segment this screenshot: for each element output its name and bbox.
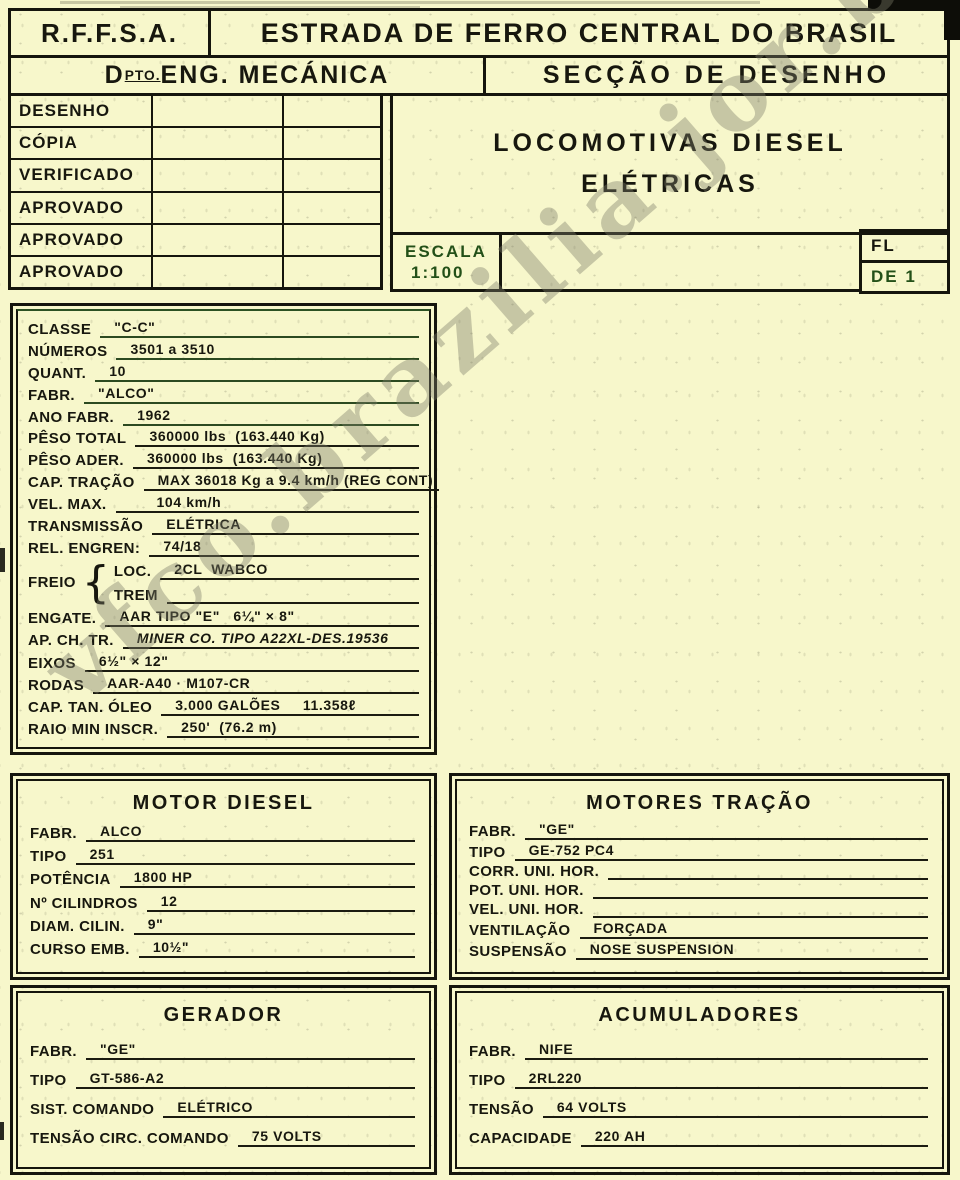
spec-label: VEL. UNI. HOR. (469, 901, 584, 918)
spec-underline: NOSE SUSPENSION (576, 941, 928, 960)
table-row: DESENHO (11, 96, 380, 128)
spec-value: AAR TIPO "E" 6¼" × 8" (105, 608, 300, 625)
spec-row: TENSÃO CIRC. COMANDO75 VOLTS (30, 1128, 415, 1147)
approval-label: APROVADO (11, 257, 153, 287)
spec-row: PÊSO TOTAL360000 lbs (163.440 Kg) (28, 428, 419, 447)
spec-underline: AAR TIPO "E" 6¼" × 8" (105, 608, 419, 627)
spec-label: REL. ENGREN: (28, 540, 140, 557)
spec-row: CAPACIDADE220 AH (469, 1128, 928, 1147)
spec-underline: "ALCO" (84, 385, 419, 404)
spec-underline: 360000 lbs (163.440 Kg) (135, 428, 419, 447)
spec-row: TIPOGT-586-A2 (30, 1070, 415, 1089)
scale-label: ESCALA (405, 241, 499, 262)
spec-underline: 75 VOLTS (238, 1128, 415, 1147)
spec-label: VENTILAÇÃO (469, 922, 571, 939)
spec-underline: 250' (76.2 m) (167, 719, 419, 738)
spec-value (593, 896, 613, 897)
scale-box: ESCALA 1:100 (390, 232, 502, 292)
spec-label: LOC. (114, 563, 151, 580)
approval-name-cell (153, 128, 284, 158)
spec-underline: ALCO (86, 823, 415, 842)
spec-label: EIXOS (28, 655, 76, 672)
spec-value: 74/18 (149, 538, 207, 555)
spec-label: RODAS (28, 677, 84, 694)
spec-row: CORR. UNI. HOR. (469, 863, 928, 880)
dept-rest: ENG. MECÁNICA (161, 61, 390, 90)
spec-row: VENTILAÇÃOFORÇADA (469, 920, 928, 939)
spec-value: "ALCO" (84, 385, 161, 402)
spec-row: EIXOS6½" × 12" (28, 653, 419, 672)
spec-value: 1962 (123, 407, 177, 424)
spec-row: VEL. UNI. HOR. (469, 901, 928, 918)
spec-underline: 3.000 GALÕES 11.358ℓ (161, 697, 419, 716)
spec-label: PÊSO TOTAL (28, 430, 126, 447)
spec-underline: 10 (95, 363, 419, 382)
spec-label: POTÊNCIA (30, 871, 111, 888)
spec-label: CORR. UNI. HOR. (469, 863, 599, 880)
spec-row: CLASSE"C-C" (28, 319, 419, 338)
locomotive-spec-block: CLASSE"C-C" NÚMEROS3501 a 3510 QUANT.10 … (10, 303, 437, 755)
spec-label: TENSÃO CIRC. COMANDO (30, 1130, 229, 1147)
spec-label: TIPO (469, 1072, 506, 1089)
spec-value: 75 VOLTS (238, 1128, 328, 1145)
spec-label: ANO FABR. (28, 409, 114, 426)
spec-group-1: CLASSE"C-C" NÚMEROS3501 a 3510 QUANT.10 … (28, 319, 419, 557)
header-row-1: R.F.F.S.A. ESTRADA DE FERRO CENTRAL DO B… (8, 8, 950, 58)
spec-value: NOSE SUSPENSION (576, 941, 740, 958)
spec-value: 10 (95, 363, 132, 380)
spec-label: TREM (114, 587, 158, 604)
spec-underline: 2RL220 (515, 1070, 928, 1089)
spec-row: FABR."GE" (30, 1041, 415, 1060)
org-abbrev: R.F.F.S.A. (11, 11, 211, 55)
spec-value: GT-586-A2 (76, 1070, 171, 1087)
spec-row: Nº CILINDROS12 (30, 893, 415, 912)
spec-underline: MINER CO. TIPO A22XL-DES.19536 (123, 630, 419, 649)
spec-underline: "GE" (86, 1041, 415, 1060)
block-rows: FABR.NIFE TIPO2RL220 TENSÃO64 VOLTS CAPA… (457, 1027, 942, 1167)
approval-date-cell (284, 257, 380, 287)
block-title: GERADOR (18, 1004, 429, 1027)
spec-row: CAP. TAN. ÓLEO3.000 GALÕES 11.358ℓ (28, 697, 419, 716)
spec-underline: ELÉTRICA (152, 516, 419, 535)
spec-value: 250' (76.2 m) (167, 719, 283, 736)
spec-label: VEL. MAX. (28, 496, 107, 513)
spec-group-2: ENGATE.AAR TIPO "E" 6¼" × 8" AP. CH. TR.… (28, 608, 419, 738)
spec-value: MINER CO. TIPO A22XL-DES.19536 (123, 630, 395, 647)
spec-row: AP. CH. TR.MINER CO. TIPO A22XL-DES.1953… (28, 630, 419, 649)
spec-row: TIPOGE-752 PC4 (469, 842, 928, 861)
spec-underline: 6½" × 12" (85, 653, 419, 672)
approval-name-cell (153, 96, 284, 126)
spec-underline: AAR-A40 · M107-CR (93, 675, 419, 694)
sheet-number-box: FL DE 1 (859, 229, 950, 294)
generator-block: GERADOR FABR."GE" TIPOGT-586-A2 SIST. CO… (10, 985, 437, 1175)
spec-label: TRANSMISSÃO (28, 518, 143, 535)
spec-value: GE-752 PC4 (515, 842, 620, 859)
spec-value: 360000 lbs (163.440 Kg) (133, 450, 329, 467)
table-row: APROVADO (11, 225, 380, 257)
spec-value: 2RL220 (515, 1070, 588, 1087)
spec-value: 3501 a 3510 (116, 341, 220, 358)
approval-label: CÓPIA (11, 128, 153, 158)
spec-value: 251 (76, 846, 121, 863)
spec-row: SIST. COMANDOELÉTRICO (30, 1099, 415, 1118)
spec-label: SUSPENSÃO (469, 943, 567, 960)
drawing-title-line1: LOCOMOTIVAS DIESEL (493, 129, 847, 158)
spec-row: NÚMEROS3501 a 3510 (28, 341, 419, 360)
department-label: DPTO. ENG. MECÁNICA (11, 58, 486, 93)
spec-value: 1800 HP (120, 869, 199, 886)
spec-label: FABR. (30, 825, 77, 842)
spec-label: CAPACIDADE (469, 1130, 572, 1147)
block-rows: FABR.ALCO TIPO251 POTÊNCIA1800 HP Nº CIL… (18, 815, 429, 972)
spec-label: FABR. (469, 1043, 516, 1060)
spec-value (167, 601, 187, 602)
spec-label: FREIO (28, 559, 76, 607)
spec-label: PÊSO ADER. (28, 452, 124, 469)
spec-label: TENSÃO (469, 1101, 534, 1118)
spec-row: SUSPENSÃONOSE SUSPENSION (469, 941, 928, 960)
approval-label: VERIFICADO (11, 160, 153, 190)
spec-row: RODASAAR-A40 · M107-CR (28, 675, 419, 694)
brace-glyph: { (82, 559, 110, 607)
scan-artifact-left-edge (0, 548, 5, 572)
spec-row: POTÊNCIA1800 HP (30, 869, 415, 888)
spec-value: "C-C" (100, 319, 161, 336)
spec-row: ANO FABR.1962 (28, 407, 419, 426)
spec-row: QUANT.10 (28, 363, 419, 382)
spec-label: SIST. COMANDO (30, 1101, 154, 1118)
spec-row: TIPO251 (30, 846, 415, 865)
spec-label: CURSO EMB. (30, 941, 130, 958)
block-rows: FABR."GE" TIPOGT-586-A2 SIST. COMANDOELÉ… (18, 1027, 429, 1167)
spec-underline: 10½" (139, 939, 415, 958)
approval-name-cell (153, 225, 284, 255)
header-row-2: DPTO. ENG. MECÁNICA SECÇÃO DE DESENHO (8, 55, 950, 96)
spec-row: POT. UNI. HOR. (469, 882, 928, 899)
spec-label: FABR. (469, 823, 516, 840)
spec-label: RAIO MIN INSCR. (28, 721, 158, 738)
spec-value: AAR-A40 · M107-CR (93, 675, 256, 692)
spec-value: 2CL WABCO (160, 561, 274, 578)
spec-label: CAP. TRAÇÃO (28, 474, 135, 491)
spec-label: DIAM. CILIN. (30, 918, 125, 935)
block-inner-frame: ACUMULADORES FABR.NIFE TIPO2RL220 TENSÃO… (455, 991, 944, 1169)
spec-underline (593, 896, 928, 899)
spec-value: ELÉTRICA (152, 516, 247, 533)
dept-superscript: PTO. (125, 68, 161, 83)
approval-date-cell (284, 225, 380, 255)
scan-smudge (60, 1, 760, 4)
spec-label: TIPO (30, 1072, 67, 1089)
spec-label: ENGATE. (28, 610, 96, 627)
spec-underline: FORÇADA (580, 920, 929, 939)
spec-underline: MAX 36018 Kg a 9.4 km/h (REG CONT) (144, 472, 440, 491)
section-label: SECÇÃO DE DESENHO (486, 58, 947, 93)
spec-value: 10½" (139, 939, 195, 956)
spec-value: 64 VOLTS (543, 1099, 633, 1116)
spec-row: REL. ENGREN:74/18 (28, 538, 419, 557)
table-row: APROVADO (11, 193, 380, 225)
approval-date-cell (284, 160, 380, 190)
spec-underline (167, 601, 419, 604)
spec-label: AP. CH. TR. (28, 632, 114, 649)
brake-sub-rows: LOC.2CL WABCO TREM (114, 559, 419, 607)
approval-label: APROVADO (11, 193, 153, 223)
spec-underline: ELÉTRICO (163, 1099, 415, 1118)
approval-label: APROVADO (11, 225, 153, 255)
spec-row: LOC.2CL WABCO (114, 561, 419, 580)
diesel-engine-block: MOTOR DIESEL FABR.ALCO TIPO251 POTÊNCIA1… (10, 773, 437, 980)
approval-date-cell (284, 193, 380, 223)
spec-row: TIPO2RL220 (469, 1070, 928, 1089)
spec-value: MAX 36018 Kg a 9.4 km/h (REG CONT) (144, 472, 440, 489)
approval-date-cell (284, 128, 380, 158)
spec-row: TRANSMISSÃOELÉTRICA (28, 516, 419, 535)
spec-row: VEL. MAX. 104 km/h (28, 494, 419, 513)
spec-label: TIPO (30, 848, 67, 865)
spec-label: TIPO (469, 844, 506, 861)
spec-underline: GE-752 PC4 (515, 842, 928, 861)
spec-value (593, 915, 613, 916)
sheet-de-label: DE 1 (862, 263, 947, 291)
spec-row: FABR."ALCO" (28, 385, 419, 404)
block-inner-frame: MOTOR DIESEL FABR.ALCO TIPO251 POTÊNCIA1… (16, 779, 431, 974)
spec-row: DIAM. CILIN.9" (30, 916, 415, 935)
sheet-fl-label: FL (862, 232, 947, 263)
railroad-title: ESTRADA DE FERRO CENTRAL DO BRASIL (211, 11, 947, 55)
spec-label: CLASSE (28, 321, 91, 338)
spec-underline: 3501 a 3510 (116, 341, 419, 360)
spec-underline (608, 877, 928, 880)
spec-label: QUANT. (28, 365, 86, 382)
spec-underline: 2CL WABCO (160, 561, 419, 580)
spec-row: CURSO EMB.10½" (30, 939, 415, 958)
dept-prefix: D (105, 61, 125, 90)
spec-row: TREM (114, 587, 419, 604)
spec-underline: 220 AH (581, 1128, 928, 1147)
spec-underline: GT-586-A2 (76, 1070, 415, 1089)
spec-label: FABR. (30, 1043, 77, 1060)
spec-row: FABR.ALCO (30, 823, 415, 842)
spec-underline: 64 VOLTS (543, 1099, 928, 1118)
scan-artifact-right-edge (944, 0, 960, 40)
spec-value: NIFE (525, 1041, 579, 1058)
spec-value (608, 877, 628, 878)
spec-value: 104 km/h (116, 494, 228, 511)
scan-artifact-left-edge (0, 1122, 4, 1140)
scale-value: 1:100 (405, 262, 499, 283)
spec-value: 6½" × 12" (85, 653, 175, 670)
block-title: MOTORES TRAÇÃO (457, 792, 942, 815)
block-title: ACUMULADORES (457, 1004, 942, 1027)
approval-name-cell (153, 257, 284, 287)
spec-underline: 360000 lbs (163.440 Kg) (133, 450, 419, 469)
batteries-block: ACUMULADORES FABR.NIFE TIPO2RL220 TENSÃO… (449, 985, 950, 1175)
spec-label: FABR. (28, 387, 75, 404)
traction-motors-block: MOTORES TRAÇÃO FABR."GE" TIPOGE-752 PC4 … (449, 773, 950, 980)
block-title: MOTOR DIESEL (18, 792, 429, 815)
brake-spec-row: FREIO { LOC.2CL WABCO TREM (28, 559, 419, 607)
drawing-title-box: LOCOMOTIVAS DIESEL ELÉTRICAS (390, 93, 950, 235)
spec-row: TENSÃO64 VOLTS (469, 1099, 928, 1118)
spec-underline: "GE" (525, 821, 928, 840)
spec-value: 9" (134, 916, 170, 933)
spec-row: CAP. TRAÇÃOMAX 36018 Kg a 9.4 km/h (REG … (28, 472, 419, 491)
table-row: APROVADO (11, 257, 380, 287)
approval-date-cell (284, 96, 380, 126)
spec-underline: 1800 HP (120, 869, 415, 888)
spec-row: RAIO MIN INSCR.250' (76.2 m) (28, 719, 419, 738)
spec-underline: 12 (147, 893, 415, 912)
spec-label: CAP. TAN. ÓLEO (28, 699, 152, 716)
table-row: VERIFICADO (11, 160, 380, 192)
spec-row: FABR."GE" (469, 821, 928, 840)
spec-underline: "C-C" (100, 319, 419, 338)
block-rows: FABR."GE" TIPOGE-752 PC4 CORR. UNI. HOR.… (457, 815, 942, 972)
spec-value: 12 (147, 893, 184, 910)
spec-value: 3.000 GALÕES 11.358ℓ (161, 697, 362, 714)
spec-label: NÚMEROS (28, 343, 107, 360)
spec-label: POT. UNI. HOR. (469, 882, 584, 899)
spec-label: Nº CILINDROS (30, 895, 138, 912)
spec-value: "GE" (525, 821, 581, 838)
approval-name-cell (153, 193, 284, 223)
spec-value: FORÇADA (580, 920, 674, 937)
empty-reference-box (499, 232, 862, 292)
spec-inner-frame: CLASSE"C-C" NÚMEROS3501 a 3510 QUANT.10 … (16, 309, 431, 749)
spec-underline: 104 km/h (116, 494, 419, 513)
spec-underline: 1962 (123, 407, 419, 426)
approval-label: DESENHO (11, 96, 153, 126)
spec-underline: 9" (134, 916, 415, 935)
approvals-table: DESENHO CÓPIA VERIFICADO APROVADO APROVA… (8, 93, 383, 290)
spec-underline: 74/18 (149, 538, 419, 557)
spec-row: ENGATE.AAR TIPO "E" 6¼" × 8" (28, 608, 419, 627)
block-inner-frame: GERADOR FABR."GE" TIPOGT-586-A2 SIST. CO… (16, 991, 431, 1169)
spec-value: 220 AH (581, 1128, 652, 1145)
approval-name-cell (153, 160, 284, 190)
block-inner-frame: MOTORES TRAÇÃO FABR."GE" TIPOGE-752 PC4 … (455, 779, 944, 974)
spec-underline (593, 915, 928, 918)
spec-underline: 251 (76, 846, 415, 865)
spec-value: ELÉTRICO (163, 1099, 259, 1116)
spec-underline: NIFE (525, 1041, 928, 1060)
drawing-title-line2: ELÉTRICAS (581, 170, 759, 199)
table-row: CÓPIA (11, 128, 380, 160)
spec-value: ALCO (86, 823, 148, 840)
spec-value: "GE" (86, 1041, 142, 1058)
spec-row: FABR.NIFE (469, 1041, 928, 1060)
spec-row: PÊSO ADER.360000 lbs (163.440 Kg) (28, 450, 419, 469)
spec-value: 360000 lbs (163.440 Kg) (135, 428, 331, 445)
